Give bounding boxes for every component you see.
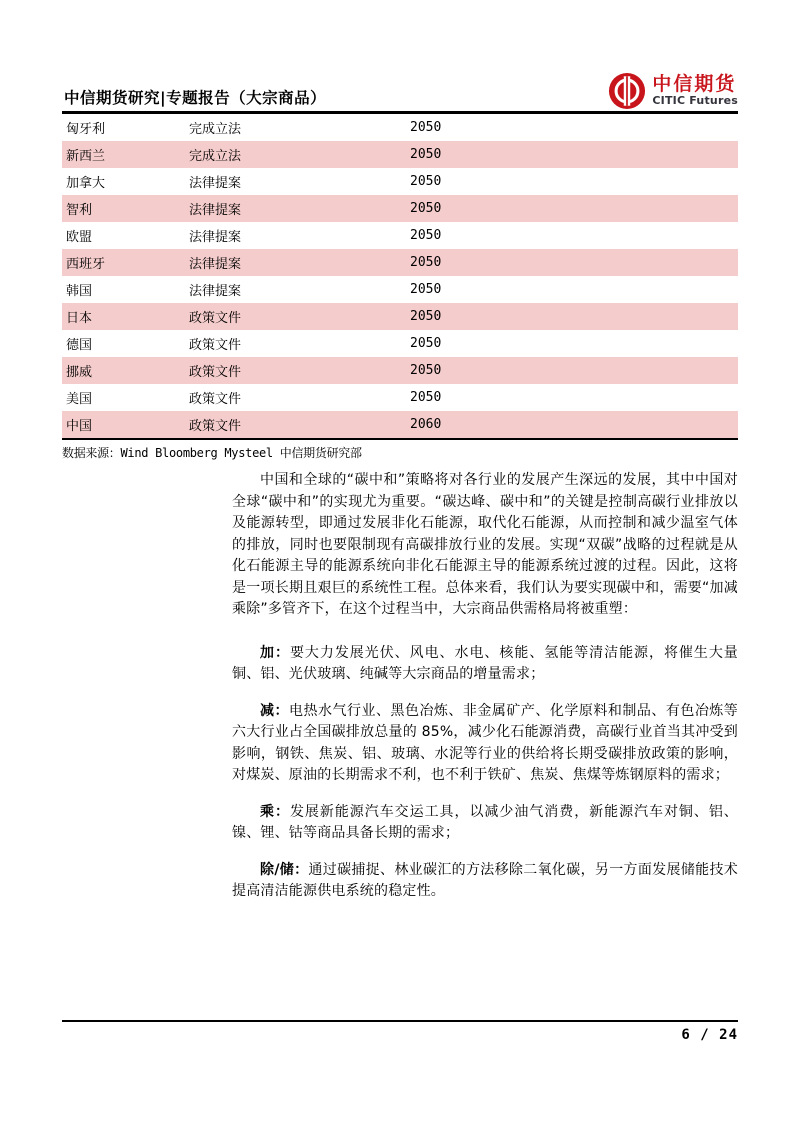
status-cell: 完成立法: [189, 141, 410, 168]
country-cell: 美国: [62, 384, 189, 411]
paragraph-add: 加：要大力发展光伏、风电、水电、核能、氢能等清洁能源，将催生大量铜、铝、光伏玻璃…: [232, 643, 738, 686]
table-row: 中国 政策文件 2060: [62, 411, 738, 439]
footer-rule: [62, 1020, 738, 1022]
year-cell: 2050: [410, 357, 738, 384]
country-cell: 加拿大: [62, 168, 189, 195]
year-cell: 2050: [410, 114, 738, 141]
country-cell: 韩国: [62, 276, 189, 303]
citic-logo-english-name: CITIC Futures: [652, 95, 738, 107]
year-cell: 2050: [410, 249, 738, 276]
status-cell: 法律提案: [189, 168, 410, 195]
citic-logo-icon: [608, 72, 646, 110]
year-cell: 2050: [410, 222, 738, 249]
body-text: 中国和全球的“碳中和”策略将对各行业的发展产生深远的发展，其中中国对全球“碳中和…: [232, 470, 738, 918]
paragraph-subtract-label: 减：: [260, 703, 289, 719]
table-row: 日本 政策文件 2050: [62, 303, 738, 330]
page-number: 6 / 24: [681, 1027, 738, 1043]
citic-futures-logo: 中信期货 CITIC Futures: [608, 72, 738, 110]
year-cell: 2050: [410, 141, 738, 168]
country-cell: 挪威: [62, 357, 189, 384]
country-cell: 西班牙: [62, 249, 189, 276]
year-cell: 2050: [410, 330, 738, 357]
table-row: 韩国 法律提案 2050: [62, 276, 738, 303]
paragraph-divide-store-text: 通过碳捕捉、林业碳汇的方法移除二氧化碳，另一方面发展储能技术提高清洁能源供电系统…: [232, 862, 738, 900]
status-cell: 政策文件: [189, 357, 410, 384]
paragraph-divide-store-label: 除/储：: [260, 862, 308, 878]
country-cell: 匈牙利: [62, 114, 189, 141]
country-cell: 智利: [62, 195, 189, 222]
country-cell: 新西兰: [62, 141, 189, 168]
status-cell: 政策文件: [189, 411, 410, 439]
paragraph-add-text: 要大力发展光伏、风电、水电、核能、氢能等清洁能源，将催生大量铜、铝、光伏玻璃、纯…: [232, 645, 738, 683]
year-cell: 2050: [410, 303, 738, 330]
table-row: 西班牙 法律提案 2050: [62, 249, 738, 276]
status-cell: 法律提案: [189, 222, 410, 249]
paragraph-subtract-text: 电热水气行业、黑色冶炼、非金属矿产、化学原料和制品、有色冶炼等六大行业占全国碳排…: [232, 703, 738, 784]
paragraph-add-label: 加：: [260, 645, 290, 661]
paragraph-intro: 中国和全球的“碳中和”策略将对各行业的发展产生深远的发展，其中中国对全球“碳中和…: [232, 470, 738, 621]
table-row: 加拿大 法律提案 2050: [62, 168, 738, 195]
data-source-note: 数据来源：Wind Bloomberg Mysteel 中信期货研究部: [62, 444, 362, 461]
table-row: 欧盟 法律提案 2050: [62, 222, 738, 249]
table-row: 挪威 政策文件 2050: [62, 357, 738, 384]
status-cell: 政策文件: [189, 330, 410, 357]
country-cell: 德国: [62, 330, 189, 357]
citic-logo-chinese-name: 中信期货: [652, 75, 738, 95]
table-row: 智利 法律提案 2050: [62, 195, 738, 222]
year-cell: 2050: [410, 168, 738, 195]
year-cell: 2050: [410, 195, 738, 222]
report-page: 中信期货研究|专题报告（大宗商品） 中信期货 CITIC Futures 匈牙利…: [0, 0, 793, 1122]
citic-logo-text: 中信期货 CITIC Futures: [652, 75, 738, 106]
table-row: 美国 政策文件 2050: [62, 384, 738, 411]
year-cell: 2050: [410, 276, 738, 303]
status-cell: 政策文件: [189, 384, 410, 411]
status-cell: 完成立法: [189, 114, 410, 141]
status-cell: 法律提案: [189, 276, 410, 303]
carbon-neutrality-commitment-table: 匈牙利 完成立法 2050 新西兰 完成立法 2050 加拿大 法律提案 205…: [62, 114, 738, 440]
table-row: 匈牙利 完成立法 2050: [62, 114, 738, 141]
status-cell: 法律提案: [189, 195, 410, 222]
paragraph-multiply: 乘：发展新能源汽车交运工具，以减少油气消费，新能源汽车对铜、铝、镍、锂、钴等商品…: [232, 802, 738, 845]
country-cell: 中国: [62, 411, 189, 439]
status-cell: 法律提案: [189, 249, 410, 276]
country-cell: 欧盟: [62, 222, 189, 249]
year-cell: 2050: [410, 384, 738, 411]
page-header: 中信期货研究|专题报告（大宗商品） 中信期货 CITIC Futures: [62, 70, 738, 112]
paragraph-subtract: 减：电热水气行业、黑色冶炼、非金属矿产、化学原料和制品、有色冶炼等六大行业占全国…: [232, 701, 738, 787]
report-header-title: 中信期货研究|专题报告（大宗商品）: [64, 86, 326, 108]
year-cell: 2060: [410, 411, 738, 439]
paragraph-divide-store: 除/储：通过碳捕捉、林业碳汇的方法移除二氧化碳，另一方面发展储能技术提高清洁能源…: [232, 860, 738, 903]
paragraph-multiply-label: 乘：: [260, 804, 290, 820]
country-cell: 日本: [62, 303, 189, 330]
status-cell: 政策文件: [189, 303, 410, 330]
table-row: 新西兰 完成立法 2050: [62, 141, 738, 168]
paragraph-multiply-text: 发展新能源汽车交运工具，以减少油气消费，新能源汽车对铜、铝、镍、锂、钴等商品具备…: [232, 804, 738, 842]
table-row: 德国 政策文件 2050: [62, 330, 738, 357]
